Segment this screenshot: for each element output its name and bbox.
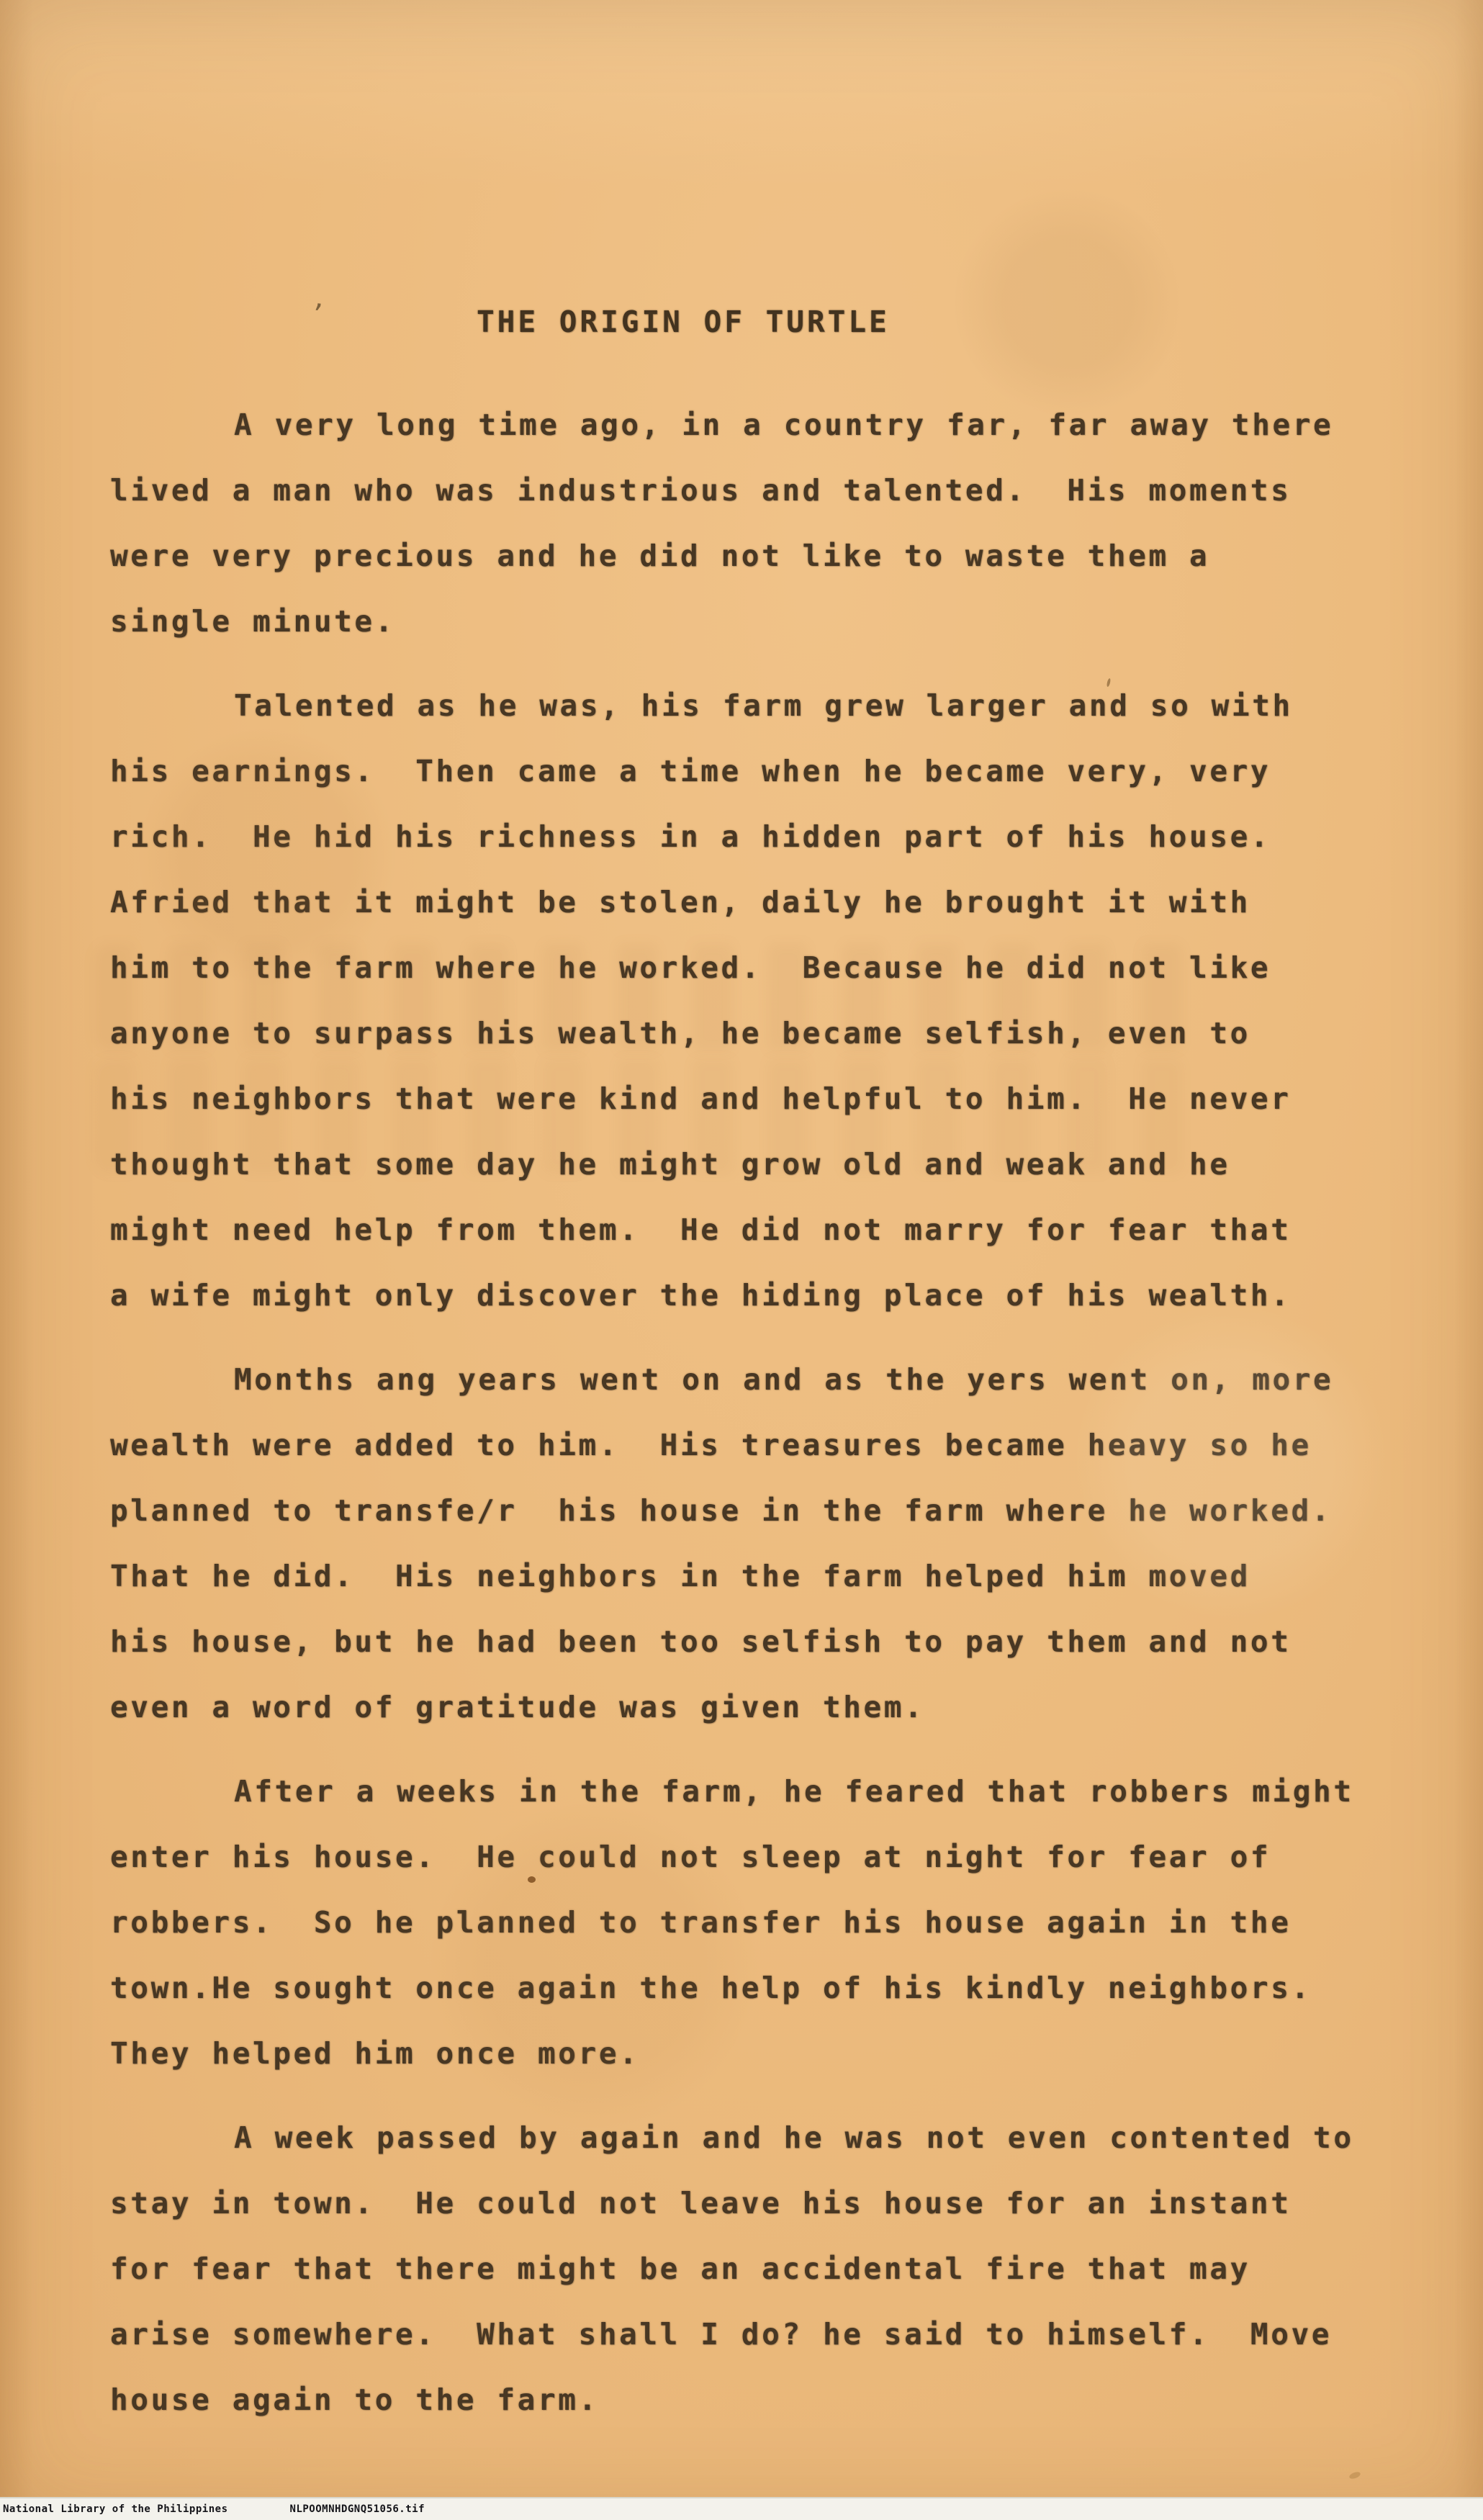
text-line: stay in town. He could not leave his hou… — [110, 2171, 1399, 2236]
text-line: might need help from them. He did not ma… — [110, 1197, 1399, 1263]
paper-speck — [1348, 2471, 1361, 2480]
scan-footer-bar: National Library of the Philippines NLPO… — [0, 2497, 1483, 2520]
text-line: robbers. So he planned to transfer his h… — [110, 1890, 1399, 1956]
text-line: his earnings. Then came a time when he b… — [110, 739, 1399, 804]
text-line: him to the farm where he worked. Because… — [110, 935, 1399, 1001]
footer-library-label: National Library of the Philippines — [3, 2503, 228, 2515]
scanned-page: ’ THE ORIGIN OF TURTLE A very long time … — [0, 0, 1483, 2520]
text-line: Afried that it might be stolen, daily he… — [110, 870, 1399, 935]
text-line: A week passed by again and he was not ev… — [110, 2105, 1399, 2171]
paper-speck — [528, 1876, 536, 1883]
footer-filename: NLPOOMNHDGNQ51056.tif — [290, 2503, 425, 2515]
paragraph: A very long time ago, in a country far, … — [110, 392, 1399, 654]
stray-ink-mark: ’ — [307, 299, 326, 329]
story-body: A very long time ago, in a country far, … — [110, 392, 1399, 2433]
text-line: wealth were added to him. His treasures … — [110, 1413, 1399, 1478]
text-line: planned to transfe/r his house in the fa… — [110, 1478, 1399, 1544]
text-line: house again to the farm. — [110, 2367, 1399, 2433]
text-line: Talented as he was, his farm grew larger… — [110, 673, 1399, 739]
text-line: rich. He hid his richness in a hidden pa… — [110, 804, 1399, 870]
text-line: even a word of gratitude was given them. — [110, 1675, 1399, 1740]
text-line: his house, but he had been too selfish t… — [110, 1609, 1399, 1675]
text-line: arise somewhere. What shall I do? he sai… — [110, 2302, 1399, 2367]
text-line: town.He sought once again the help of hi… — [110, 1956, 1399, 2021]
text-line: his neighbors that were kind and helpful… — [110, 1066, 1399, 1132]
text-line: for fear that there might be an accident… — [110, 2236, 1399, 2302]
paragraph: Talented as he was, his farm grew larger… — [110, 673, 1399, 1328]
text-line: A very long time ago, in a country far, … — [110, 392, 1399, 458]
text-line: lived a man who was industrious and tale… — [110, 458, 1399, 523]
text-line: They helped him once more. — [110, 2021, 1399, 2087]
text-line: single minute. — [110, 589, 1399, 654]
text-line: After a weeks in the farm, he feared tha… — [110, 1759, 1399, 1824]
paragraph: A week passed by again and he was not ev… — [110, 2105, 1399, 2433]
text-line: That he did. His neighbors in the farm h… — [110, 1544, 1399, 1609]
text-line: a wife might only discover the hiding pl… — [110, 1263, 1399, 1328]
paragraph: After a weeks in the farm, he feared tha… — [110, 1759, 1399, 2087]
text-line: thought that some day he might grow old … — [110, 1132, 1399, 1197]
page-title: THE ORIGIN OF TURTLE — [477, 305, 890, 339]
text-line: enter his house. He could not sleep at n… — [110, 1824, 1399, 1890]
text-line: anyone to surpass his wealth, he became … — [110, 1001, 1399, 1066]
text-line: were very precious and he did not like t… — [110, 523, 1399, 589]
text-line: Months ang years went on and as the yers… — [110, 1347, 1399, 1413]
paragraph: Months ang years went on and as the yers… — [110, 1347, 1399, 1740]
